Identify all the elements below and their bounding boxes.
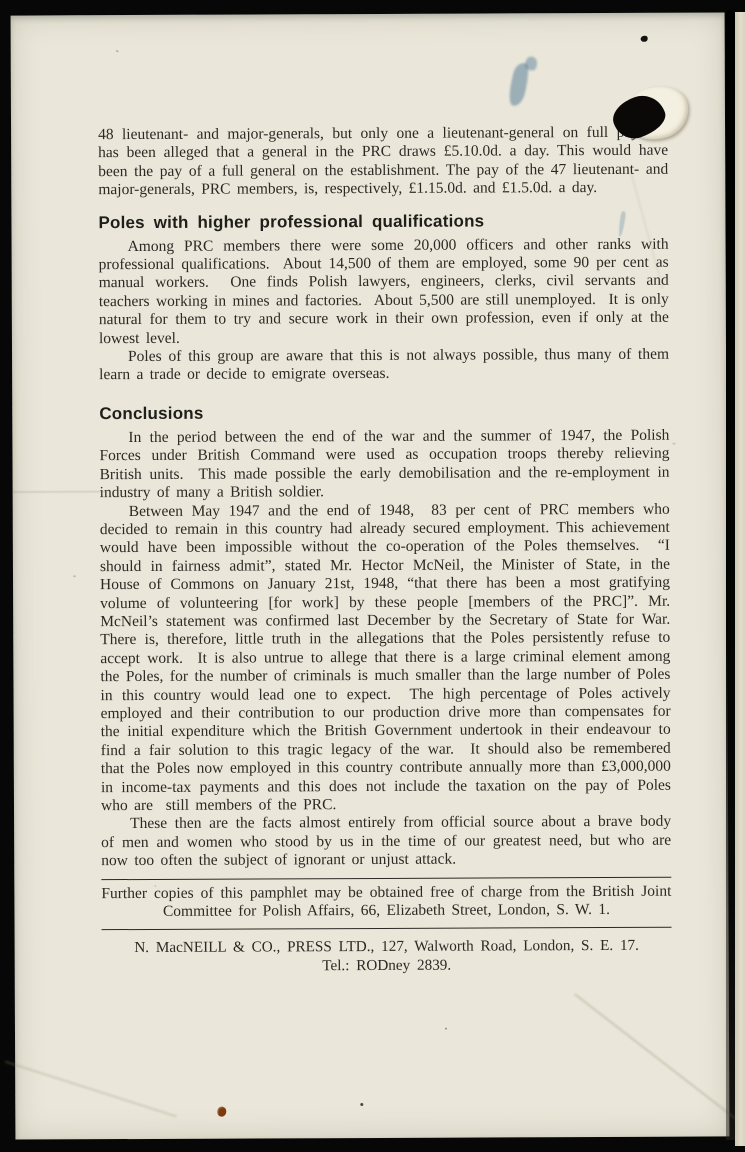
adjacent-page-edge (735, 12, 745, 1146)
paper-speck (73, 575, 76, 577)
blue-ink-smudge (506, 61, 532, 108)
divider-rule-bottom (102, 927, 672, 930)
printer-telephone: Tel.: RODney 2839. (322, 956, 451, 974)
conclusions-paragraph-3: These then are the facts almost entirely… (101, 813, 671, 871)
text-column: 48 lieutenant- and major-generals, but o… (98, 124, 672, 977)
paper-crease (13, 491, 108, 492)
paper-crease (5, 1061, 177, 1117)
divider-rule-top (101, 876, 671, 879)
intro-paragraph: 48 lieutenant- and major-generals, but o… (98, 124, 668, 200)
page-gap-shadow (726, 10, 735, 1140)
paper-speck (672, 443, 675, 445)
conclusions-paragraph-1: In the period between the end of the war… (99, 427, 669, 503)
paper-speck (154, 885, 156, 887)
section-heading-qualifications: Poles with higher professional qualifica… (98, 210, 668, 232)
printer-address: N. MacNEILL & CO., PRESS LTD., 127, Walw… (134, 937, 639, 956)
scan-background: 48 lieutenant- and major-generals, but o… (0, 0, 745, 1152)
footer-note: Further copies of this pamphlet may be o… (101, 882, 671, 921)
tiny-speck (360, 1103, 363, 1106)
paper-crease (574, 993, 745, 1135)
black-speck (641, 36, 648, 42)
qualifications-paragraph-2: Poles of this group are aware that this … (99, 346, 669, 385)
printer-imprint: N. MacNEILL & CO., PRESS LTD., 127, Walw… (102, 937, 672, 976)
section-heading-conclusions: Conclusions (99, 402, 669, 424)
qualifications-paragraph-1: Among PRC members there were some 20,000… (99, 235, 669, 348)
brown-stain-dot (217, 1107, 226, 1117)
paper-speck (357, 304, 359, 306)
pamphlet-page: 48 lieutenant- and major-generals, but o… (11, 12, 730, 1139)
paper-speck (445, 1028, 447, 1030)
conclusions-paragraph-2: Between May 1947 and the end of 1948, 83… (100, 500, 671, 815)
paper-speck (115, 49, 119, 52)
torn-hole (609, 85, 691, 145)
